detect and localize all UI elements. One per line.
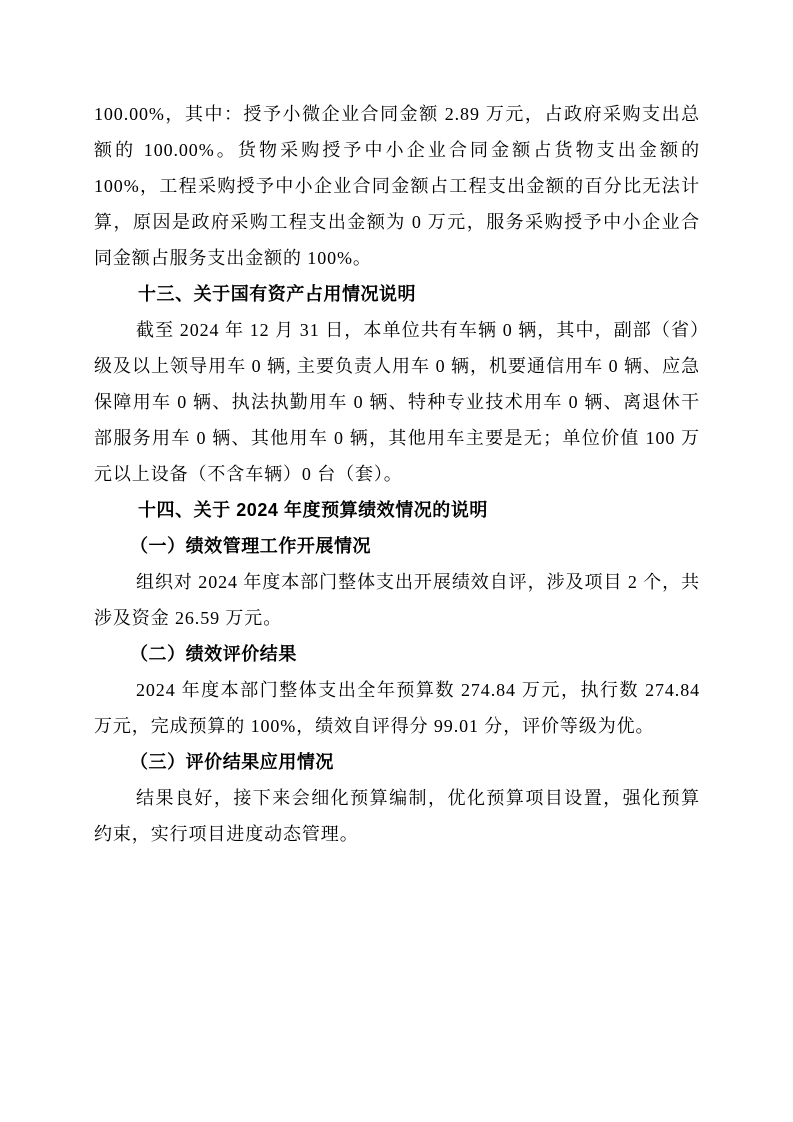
subheading-result-application: （三）评价结果应用情况 [94,744,700,780]
subheading-performance-management-work: （一）绩效管理工作开展情况 [94,528,700,564]
section-heading-14-budget-performance: 十四、关于 2024 年度预算绩效情况的说明 [94,492,700,528]
paragraph-government-procurement-continuation: 100.00%，其中：授予小微企业合同金额 2.89 万元，占政府采购支出总额的… [94,96,700,276]
paragraph-result-application-detail: 结果良好，接下来会细化预算编制，优化预算项目设置，强化预算约束，实行项目进度动态… [94,780,700,852]
paragraph-state-assets-occupancy: 截至 2024 年 12 月 31 日，本单位共有车辆 0 辆，其中，副部（省）… [94,312,700,492]
section-heading-13-state-assets: 十三、关于国有资产占用情况说明 [94,276,700,312]
paragraph-evaluation-result-detail: 2024 年度本部门整体支出全年预算数 274.84 万元，执行数 274.84… [94,672,700,744]
document-page: 100.00%，其中：授予小微企业合同金额 2.89 万元，占政府采购支出总额的… [0,0,793,1122]
paragraph-performance-self-evaluation: 组织对 2024 年度本部门整体支出开展绩效自评，涉及项目 2 个，共涉及资金 … [94,564,700,636]
subheading-performance-evaluation-result: （二）绩效评价结果 [94,636,700,672]
